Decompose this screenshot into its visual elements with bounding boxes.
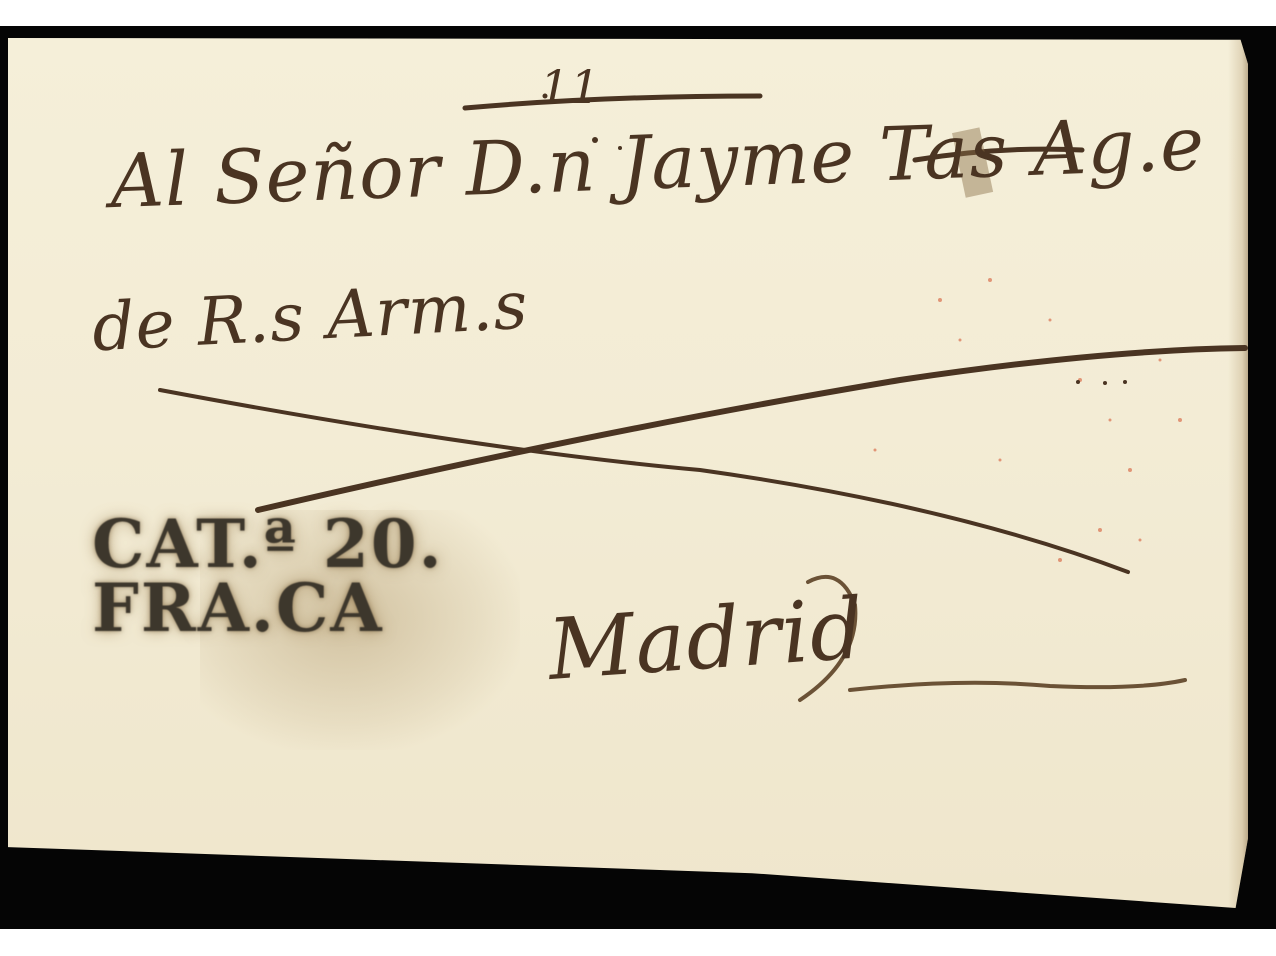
- postmark-stamp: CAT.ª 20. FRA.CA: [92, 512, 512, 752]
- postmark-line-2: FRA.CA: [92, 576, 512, 640]
- rate-mark: 11: [540, 60, 601, 114]
- postmark-line-1: CAT.ª 20.: [92, 512, 512, 576]
